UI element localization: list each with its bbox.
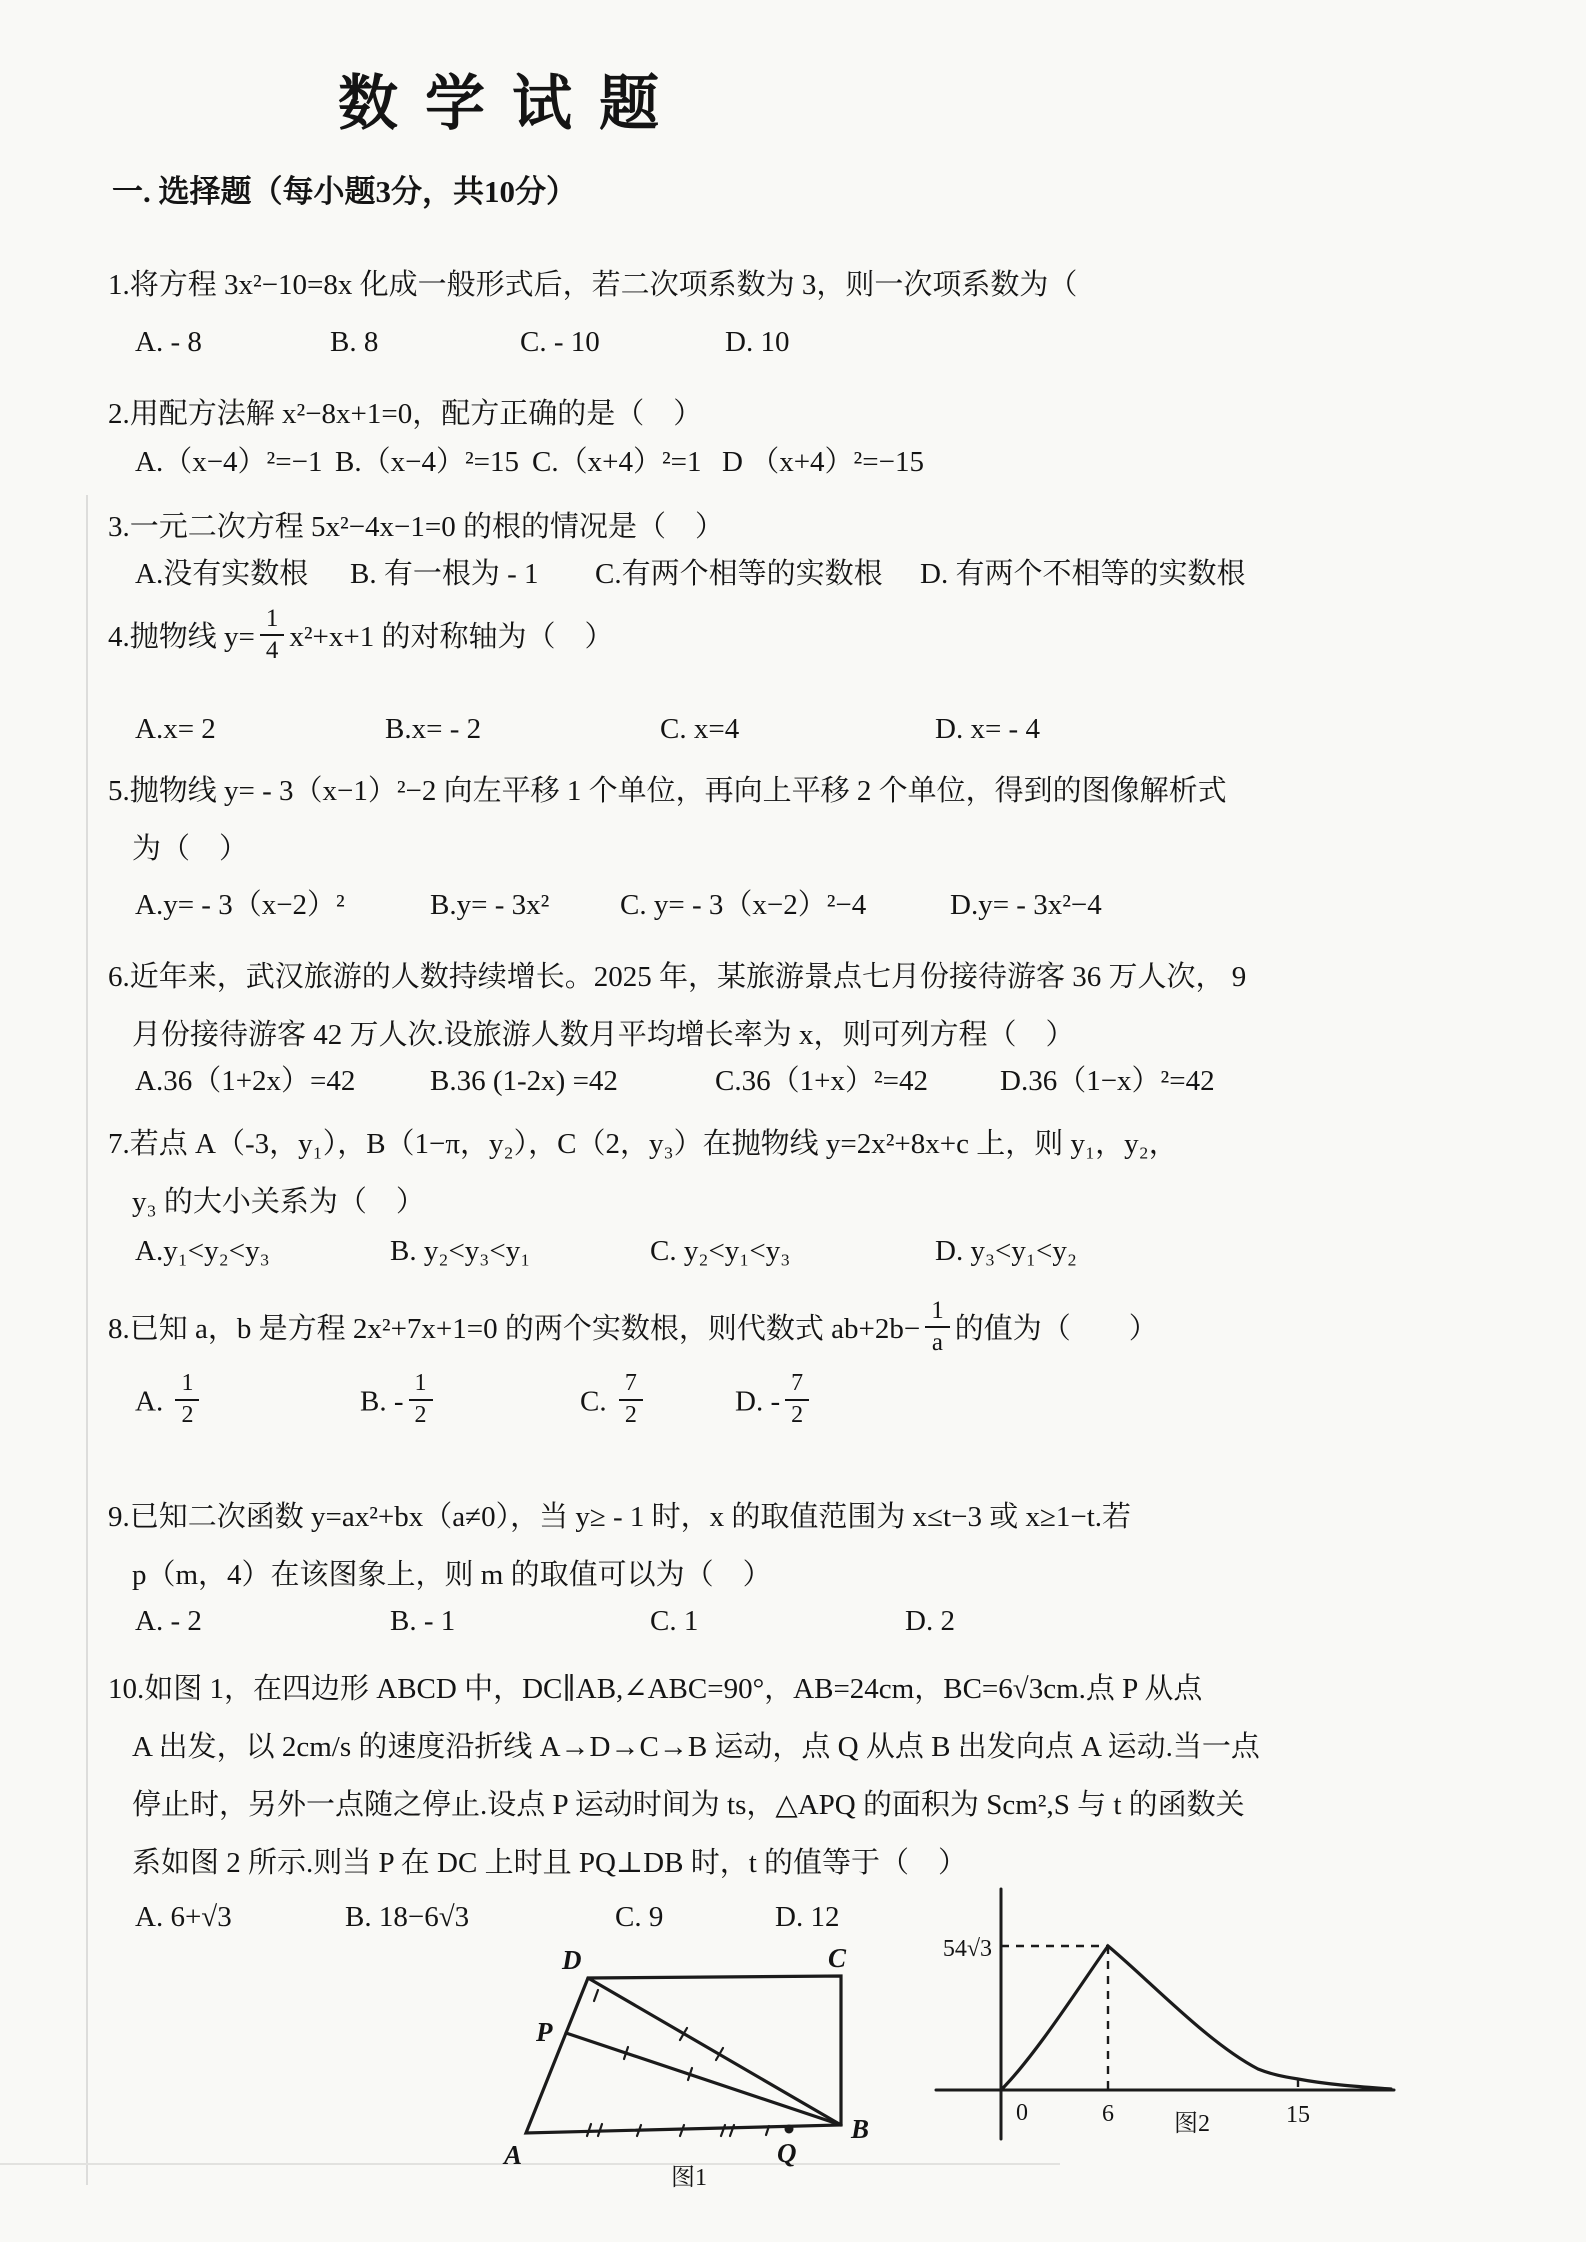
question-10-text-line-3: 停止时，另外一点随之停止.设点 P 运动时间为 ts，△APQ 的面积为 Scm…: [132, 1776, 1260, 1834]
fraction-numerator: 1: [175, 1370, 199, 1401]
question-8-text: 8.已知 a，b 是方程 2x²+7x+1=0 的两个实数根，则代数式 ab+2…: [108, 1300, 1158, 1362]
scan-artifact-vertical-line: [86, 495, 88, 2185]
question-4-text: 4.抛物线 y=14x²+x+1 的对称轴为（ ）: [108, 608, 614, 670]
option-c: C.（x+4）²=1: [532, 441, 722, 483]
option-d: D. 10: [725, 321, 789, 363]
question-10-text-line-1: 10.如图 1，在四边形 ABCD 中，DC∥AB,∠ABC=90°，AB=24…: [108, 1660, 1260, 1718]
fraction-numerator: 7: [785, 1370, 809, 1401]
option-d: D.y= - 3x²−4: [950, 884, 1102, 926]
x-tick-6: 6: [1102, 2101, 1114, 2127]
question-8: 8.已知 a，b 是方程 2x²+7x+1=0 的两个实数根，则代数式 ab+2…: [108, 1300, 1158, 1362]
question-10-options: A. 6+√3 B. 18−6√3 C. 9 D. 12: [135, 1896, 839, 1938]
option-d: D.36（1−x）²=42: [1000, 1060, 1215, 1102]
option-letter: B.: [360, 1385, 387, 1417]
option-b: B. 18−6√3: [345, 1896, 615, 1938]
y-axis-peak-label: 54√3: [943, 1936, 992, 1962]
option-a: A. - 2: [135, 1600, 390, 1642]
question-2: 2.用配方法解 x²−8x+1=0，配方正确的是（ ）: [108, 385, 702, 443]
option-d: D. 有两个不相等的实数根: [920, 553, 1245, 595]
question-5: 5.抛物线 y= - 3（x−1）²−2 向左平移 1 个单位，再向上平移 2 …: [108, 762, 1227, 878]
vertex-label-a: A: [502, 2140, 522, 2170]
question-9-text-line-1: 9.已知二次函数 y=ax²+bx（a≠0），当 y≥ - 1 时，x 的取值范…: [108, 1488, 1131, 1546]
question-9-options: A. - 2 B. - 1 C. 1 D. 2: [135, 1600, 955, 1642]
question-8-text-post: 的值为（ ）: [955, 1313, 1158, 1345]
question-8-text-pre: 8.已知 a，b 是方程 2x²+7x+1=0 的两个实数根，则代数式 ab+2…: [108, 1313, 920, 1345]
fraction: 1a: [925, 1297, 950, 1359]
fraction: 12: [175, 1370, 199, 1429]
question-7: 7.若点 A（-3，y₁），B（1−π，y₂），C（2，y₃）在抛物线 y=2x…: [108, 1115, 1178, 1231]
option-b: B. 8: [330, 321, 520, 363]
question-5-text-line-1: 5.抛物线 y= - 3（x−1）²−2 向左平移 1 个单位，再向上平移 2 …: [108, 762, 1227, 820]
vertex-label-d: D: [561, 1945, 582, 1975]
option-c: C.36（1+x）²=42: [715, 1060, 1000, 1102]
dashed-guides: [1001, 1946, 1298, 2090]
option-c: C. 9: [615, 1896, 775, 1938]
option-b: B. - 1: [390, 1600, 650, 1642]
exam-paper: 数 学 试 题 一. 选择题（每小题3分，共10分） 1.将方程 3x²−10=…: [0, 0, 1586, 2242]
option-sign: -: [394, 1385, 404, 1417]
question-6-options: A.36（1+2x）=42 B.36 (1-2x) =42 C.36（1+x）²…: [135, 1060, 1215, 1102]
option-c: C. y₂<y₁<y₃: [650, 1230, 935, 1272]
paper-title: 数 学 试 题: [338, 56, 665, 142]
question-8-options: A. 12 B. -12 C. 72 D. -72: [135, 1374, 814, 1433]
option-b: B. 有一根为 - 1: [350, 553, 595, 595]
fraction: 12: [409, 1370, 433, 1429]
origin-label: 0: [1016, 2100, 1028, 2126]
option-d: D （x+4）²=−15: [722, 441, 924, 483]
option-a: A. - 8: [135, 321, 330, 363]
option-c: C. y= - 3（x−2）²−4: [620, 884, 950, 926]
fraction: 72: [785, 1370, 809, 1429]
option-d: D. x= - 4: [935, 708, 1040, 750]
question-6: 6.近年来，武汉旅游的人数持续增长。2025 年，某旅游景点七月份接待游客 36…: [108, 948, 1246, 1064]
question-4-options: A.x= 2 B.x= - 2 C. x=4 D. x= - 4: [135, 708, 1040, 750]
fraction-numerator: 7: [619, 1370, 643, 1401]
option-d: D. -72: [735, 1374, 814, 1433]
option-b: B. y₂<y₃<y₁: [390, 1230, 650, 1272]
fraction: 14: [260, 605, 285, 667]
option-b: B.（x−4）²=15: [335, 441, 532, 483]
option-c: C.有两个相等的实数根: [595, 553, 920, 595]
fraction-denominator: 2: [175, 1401, 199, 1430]
question-7-text-line-1: 7.若点 A（-3，y₁），B（1−π，y₂），C（2，y₃）在抛物线 y=2x…: [108, 1115, 1178, 1173]
fraction: 72: [619, 1370, 643, 1429]
option-c: C. - 10: [520, 321, 725, 363]
question-5-text-line-2: 为（ ）: [132, 820, 1227, 878]
option-c: C. 1: [650, 1600, 905, 1642]
vertex-label-c: C: [828, 1943, 847, 1973]
function-curve: [1001, 1946, 1391, 2090]
vertex-label-b: B: [850, 2114, 869, 2144]
option-d: D. 2: [905, 1600, 955, 1642]
fraction-numerator: 1: [260, 605, 285, 637]
point-label-p: P: [535, 2017, 553, 2047]
question-2-options: A.（x−4）²=−1 B.（x−4）²=15 C.（x+4）²=1 D （x+…: [135, 441, 924, 483]
option-a: A.y₁<y₂<y₃: [135, 1230, 390, 1272]
question-10-text-line-2: A 出发，以 2cm/s 的速度沿折线 A→D→C→B 运动，点 Q 从点 B …: [132, 1718, 1260, 1776]
option-a: A.x= 2: [135, 708, 385, 750]
point-label-q: Q: [777, 2138, 797, 2168]
option-b: B.x= - 2: [385, 708, 660, 750]
figure-2: 54√3 0 6 15 图2: [928, 1883, 1398, 2148]
option-b: B.36 (1-2x) =42: [430, 1060, 715, 1102]
fraction-numerator: 1: [925, 1297, 950, 1329]
option-a: A. 6+√3: [135, 1896, 345, 1938]
fraction-denominator: 2: [619, 1401, 643, 1430]
option-a: A.36（1+2x）=42: [135, 1060, 430, 1102]
tick-marks: [587, 1990, 769, 2136]
figure-2-drawing: 54√3 0 6 15 图2: [928, 1883, 1398, 2148]
option-letter: C.: [580, 1385, 607, 1417]
question-7-options: A.y₁<y₂<y₃ B. y₂<y₃<y₁ C. y₂<y₁<y₃ D. y₃…: [135, 1230, 1077, 1272]
question-4: 4.抛物线 y=14x²+x+1 的对称轴为（ ）: [108, 608, 614, 670]
figure-1-drawing: D C A B P Q 图1: [478, 1933, 898, 2191]
point-Q-dot: [785, 2125, 794, 2134]
option-d: D. 12: [775, 1896, 839, 1938]
option-b: B. -12: [360, 1374, 580, 1433]
question-1: 1.将方程 3x²−10=8x 化成一般形式后，若二次项系数为 3，则一次项系数…: [108, 256, 1077, 314]
option-letter: D.: [735, 1385, 763, 1417]
option-sign: -: [770, 1385, 780, 1417]
x-tick-15: 15: [1286, 2102, 1310, 2128]
option-d: D. y₃<y₁<y₂: [935, 1230, 1077, 1272]
question-4-text-post: x²+x+1 的对称轴为（ ）: [289, 621, 613, 653]
fraction-denominator: a: [925, 1328, 950, 1358]
option-a: A.没有实数根: [135, 553, 350, 595]
question-3-options: A.没有实数根 B. 有一根为 - 1 C.有两个相等的实数根 D. 有两个不相…: [135, 553, 1245, 595]
trapezoid-shape: [526, 1976, 841, 2133]
question-1-text: 1.将方程 3x²−10=8x 化成一般形式后，若二次项系数为 3，则一次项系数…: [108, 256, 1077, 314]
option-c: C. 72: [580, 1374, 735, 1433]
question-3: 3.一元二次方程 5x²−4x−1=0 的根的情况是（ ）: [108, 498, 724, 556]
option-a: A.y= - 3（x−2）²: [135, 884, 430, 926]
option-letter: A.: [135, 1385, 163, 1417]
question-9-text-line-2: p（m，4）在该图象上，则 m 的取值可以为（ ）: [132, 1546, 1131, 1604]
question-9: 9.已知二次函数 y=ax²+bx（a≠0），当 y≥ - 1 时，x 的取值范…: [108, 1488, 1131, 1604]
option-c: C. x=4: [660, 708, 935, 750]
fraction-denominator: 2: [409, 1401, 433, 1430]
fraction-denominator: 2: [785, 1401, 809, 1430]
question-1-options: A. - 8 B. 8 C. - 10 D. 10: [135, 321, 789, 363]
question-4-text-pre: 4.抛物线 y=: [108, 621, 255, 653]
fraction-numerator: 1: [409, 1370, 433, 1401]
section-header: 一. 选择题（每小题3分，共10分）: [112, 166, 577, 211]
figure-1: D C A B P Q 图1: [478, 1933, 898, 2191]
question-6-text-line-2: 月份接待游客 42 万人次.设旅游人数月平均增长率为 x，则可列方程（ ）: [132, 1006, 1246, 1064]
question-2-text: 2.用配方法解 x²−8x+1=0，配方正确的是（ ）: [108, 385, 702, 443]
fraction-denominator: 4: [260, 636, 285, 666]
question-10: 10.如图 1，在四边形 ABCD 中，DC∥AB,∠ABC=90°，AB=24…: [108, 1660, 1260, 1892]
option-a: A.（x−4）²=−1: [135, 441, 335, 483]
axes: [936, 1889, 1394, 2139]
question-6-text-line-1: 6.近年来，武汉旅游的人数持续增长。2025 年，某旅游景点七月份接待游客 36…: [108, 948, 1246, 1006]
option-b: B.y= - 3x²: [430, 884, 620, 926]
option-a: A. 12: [135, 1374, 360, 1433]
question-7-text-line-2: y₃ 的大小关系为（ ）: [132, 1173, 1178, 1231]
question-3-text: 3.一元二次方程 5x²−4x−1=0 的根的情况是（ ）: [108, 498, 724, 556]
figure-1-caption: 图1: [671, 2164, 707, 2191]
figure-2-caption: 图2: [1174, 2110, 1210, 2137]
question-5-options: A.y= - 3（x−2）² B.y= - 3x² C. y= - 3（x−2）…: [135, 884, 1102, 926]
